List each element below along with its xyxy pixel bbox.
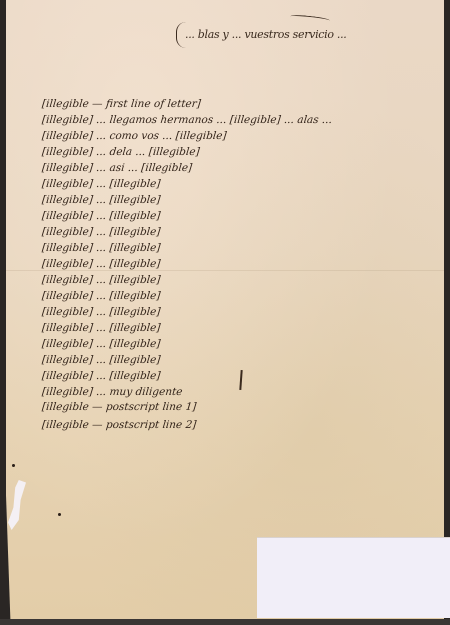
postscript-line: [illegible — postscript line 1] (41, 398, 438, 416)
body-line: [illegible] ... [illegible] (41, 240, 438, 256)
letter-postscript: [illegible — postscript line 1] [illegib… (42, 398, 437, 434)
body-line: [illegible] ... [illegible] (41, 256, 438, 272)
ink-spot (12, 464, 15, 467)
letter-body: [illegible — first line of letter] [ille… (42, 96, 437, 400)
body-line: [illegible — first line of letter] (41, 96, 438, 112)
archive-label-patch (257, 537, 450, 618)
ink-spot (58, 513, 61, 516)
body-line: [illegible] ... asi ... [illegible] (41, 160, 438, 176)
body-line: [illegible] ... [illegible] (41, 224, 438, 240)
body-line: [illegible] ... como vos ... [illegible] (41, 128, 438, 144)
body-line: [illegible] ... dela ... [illegible] (41, 144, 438, 160)
body-line: [illegible] ... [illegible] (41, 176, 438, 192)
body-line: [illegible] ... [illegible] (41, 288, 438, 304)
body-line: [illegible] ... [illegible] (41, 336, 438, 352)
body-line: [illegible] ... [illegible] (41, 304, 438, 320)
letter-heading: ... blas y ... vuestros servicio ... (185, 28, 346, 41)
postscript-line: [illegible — postscript line 2] (41, 416, 438, 434)
body-line: [illegible] ... llegamos hermanos ... [i… (41, 112, 438, 128)
body-line: [illegible] ... [illegible] (41, 208, 438, 224)
scan-edge-right (444, 0, 450, 625)
body-line: [illegible] ... [illegible] (41, 272, 438, 288)
body-line: [illegible] ... [illegible] (41, 352, 438, 368)
body-line: [illegible] ... [illegible] (41, 320, 438, 336)
scan-edge-bottom (0, 619, 450, 625)
body-line: [illegible] ... [illegible] (41, 192, 438, 208)
